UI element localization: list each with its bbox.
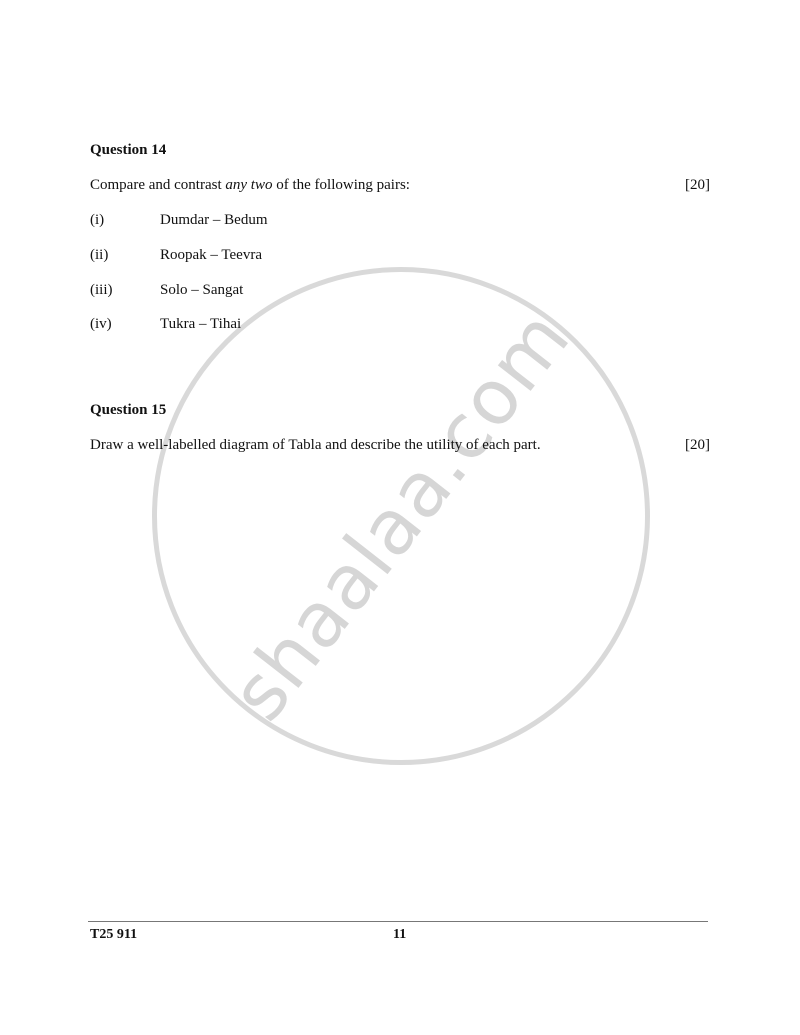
page-number: 11 bbox=[393, 927, 406, 943]
prompt-emphasis: any two bbox=[225, 177, 272, 193]
paper-code: T25 911 bbox=[90, 927, 137, 943]
item-label: (iii) bbox=[90, 282, 113, 299]
item-label: (ii) bbox=[90, 247, 108, 264]
item-text: Solo – Sangat bbox=[160, 282, 243, 299]
question-15-marks: [20] bbox=[685, 437, 710, 454]
footer-divider bbox=[88, 921, 708, 922]
question-14-title: Question 14 bbox=[90, 142, 166, 159]
question-15-prompt: Draw a well-labelled diagram of Tabla an… bbox=[90, 437, 541, 454]
question-15-title: Question 15 bbox=[90, 402, 166, 419]
prompt-end: of the following pairs: bbox=[272, 177, 409, 193]
item-text: Dumdar – Bedum bbox=[160, 212, 267, 229]
item-label: (iv) bbox=[90, 316, 112, 333]
question-14-marks: [20] bbox=[685, 177, 710, 194]
item-label: (i) bbox=[90, 212, 104, 229]
item-text: Tukra – Tihai bbox=[160, 316, 241, 333]
prompt-start: Compare and contrast bbox=[90, 177, 225, 193]
question-14-prompt: Compare and contrast any two of the foll… bbox=[90, 177, 410, 194]
item-text: Roopak – Teevra bbox=[160, 247, 262, 264]
